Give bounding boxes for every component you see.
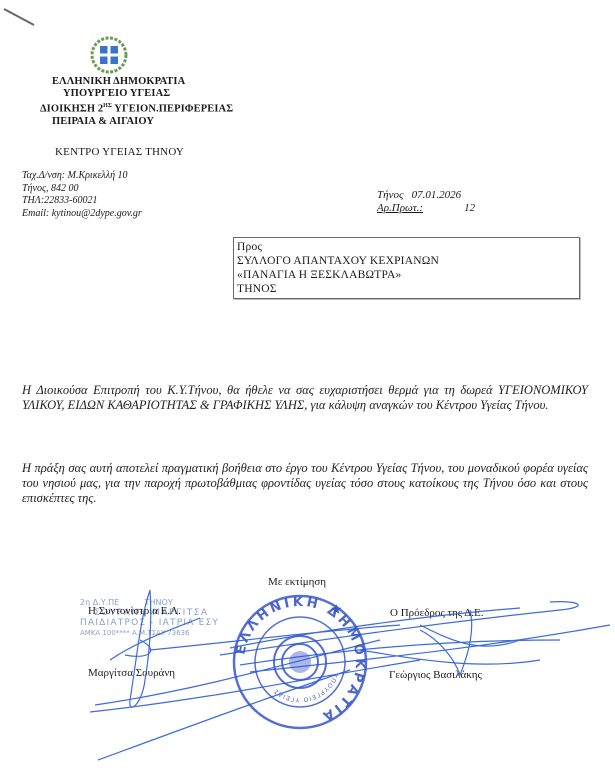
phone: ΤΗΛ:22833-60021 [22, 195, 142, 208]
city: Τήνος, 842 00 [22, 183, 142, 196]
president-title: Ο Πρόεδρος της Δ.Ε. [390, 607, 484, 619]
body-paragraph: Η Διοικούσα Επιτροπή του Κ.Υ.Τήνου, θα ή… [22, 383, 588, 413]
coordinator-name: Μαργίτσα Σουράνη [88, 667, 175, 679]
reference-block: Τήνος 07.01.2026 Αρ.Πρωτ.:12 [377, 189, 475, 215]
coordinator-title: Η Συντονίστρια Ε.Λ. [88, 605, 181, 617]
svg-text:★: ★ [330, 603, 343, 618]
letterhead-line: ΠΕΙΡΑΙΑ & ΑΙΓΑΙΟΥ [40, 116, 240, 128]
letterhead-line: ΥΠΟΥΡΓΕΙΟ ΥΓΕΙΑΣ [40, 88, 240, 100]
address: Ταχ.Δ/νση: Μ.Κρικελλή 10 [22, 170, 142, 183]
addressee-line: ΣΥΛΛΟΓΟ ΑΠΑΝΤΑΧΟΥ ΚΕΧΡΙΑΝΩΝ [237, 254, 579, 268]
closing-text: Με εκτίμηση [268, 576, 326, 588]
letterhead: ΕΛΛΗΝΙΚΗ ΔΗΜΟΚΡΑΤΙΑ ΥΠΟΥΡΓΕΙΟ ΥΓΕΙΑΣ ΔΙΟ… [40, 76, 240, 128]
official-seal-icon: ΕΛΛΗΝΙΚΗ ΔΗΜΟΚΡΑΤΙΑ ΥΠΟΥΡΓΕΙΟ ΥΓΕΙΑΣ ★ [230, 592, 370, 732]
addressee-box: Προς ΣΥΛΛΟΓΟ ΑΠΑΝΤΑΧΟΥ ΚΕΧΡΙΑΝΩΝ «ΠΑΝΑΓΙ… [233, 237, 580, 299]
letterhead-line: ΔΙΟΙΚΗΣΗ 2ΗΣ ΥΓΕΙΟΝ.ΠΕΡΙΦΕΡΕΙΑΣ [40, 100, 240, 116]
letterhead-line: ΕΛΛΗΝΙΚΗ ΔΗΜΟΚΡΑΤΙΑ [40, 76, 240, 88]
body-paragraph: Η πράξη σας αυτή αποτελεί πραγματική βοή… [22, 461, 588, 506]
health-center-name: ΚΕΝΤΡΟ ΥΓΕΙΑΣ ΤΗΝΟΥ [55, 146, 184, 158]
contact-block: Ταχ.Δ/νση: Μ.Κρικελλή 10 Τήνος, 842 00 Τ… [22, 170, 142, 220]
place-date: Τήνος 07.01.2026 [377, 189, 475, 202]
email: Email: kytinou@2dype.gov.gr [22, 208, 142, 221]
greek-coat-of-arms-icon [90, 36, 128, 74]
staple-mark [4, 8, 35, 26]
addressee-line: Προς [237, 240, 579, 254]
president-name: Γεώργιος Βασιλάκης [389, 669, 482, 681]
coordinator-stamp: 2η Δ.Υ.ΠΕ ΤΗΝΟΥ ΣΟΥΡΑΝΗ ΜΑΡΓΙΤΣΑ ΠΑΙΔΙΑΤ… [80, 598, 219, 638]
protocol-number: Αρ.Πρωτ.:12 [377, 202, 475, 215]
addressee-line: «ΠΑΝΑΓΙΑ Η ΞΕΣΚΛΑΒΩΤΡΑ» [237, 268, 579, 282]
addressee-line: ΤΗΝΟΣ [237, 282, 579, 296]
